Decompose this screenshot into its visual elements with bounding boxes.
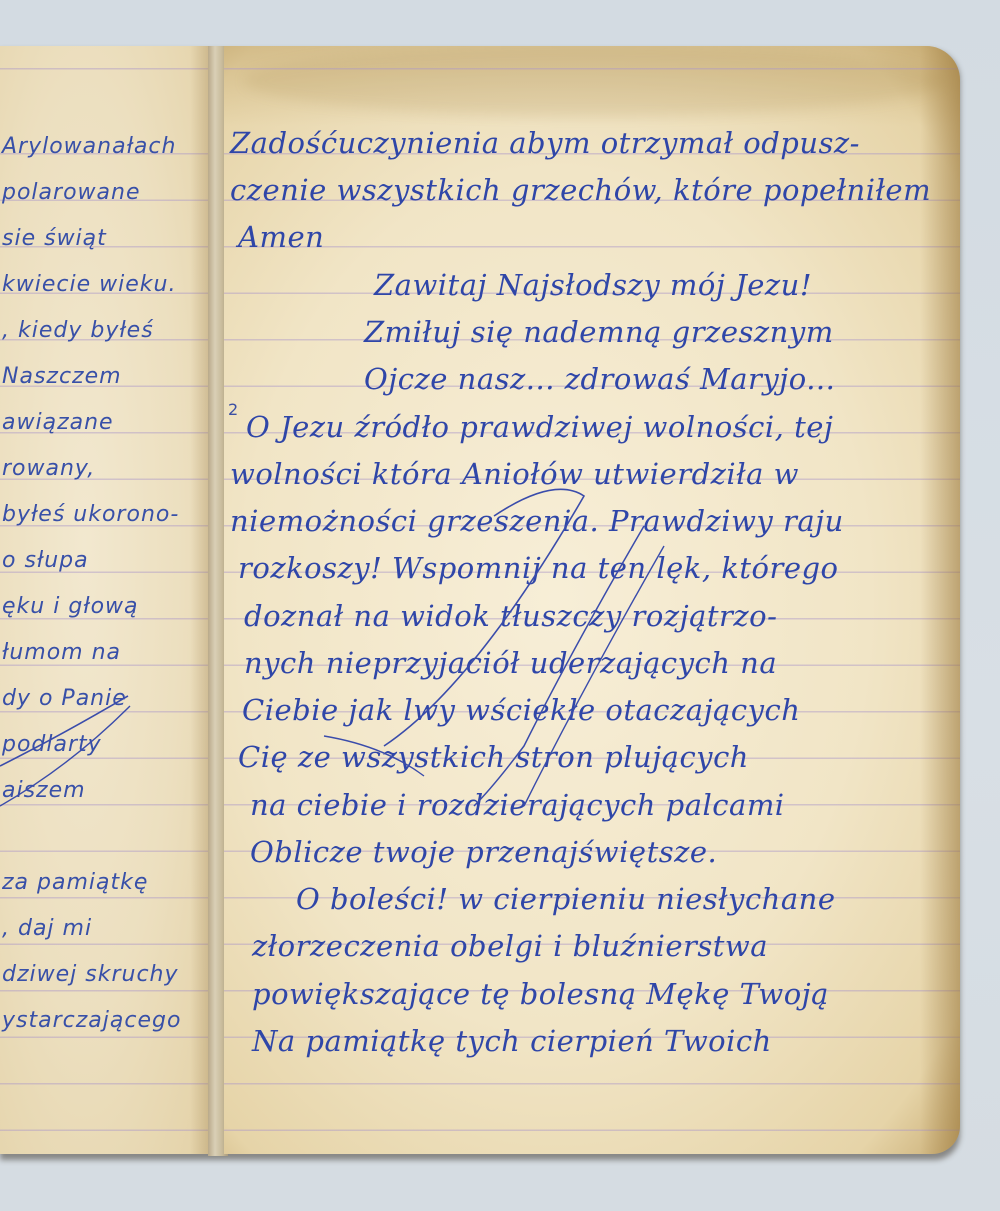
- right-line: Na pamiątkę tych cierpień Twoich: [252, 1024, 772, 1058]
- left-line: awiązane: [2, 410, 114, 435]
- right-line: powiększające tę bolesną Mękę Twoją: [252, 977, 829, 1011]
- left-line: ęku i głową: [2, 594, 139, 619]
- right-page: Zadośćuczynienia abym otrzymał odpusz- c…: [224, 46, 960, 1154]
- right-line: wolności która Aniołów utwierdziła w: [230, 457, 799, 491]
- left-line: byłeś ukorono-: [2, 502, 179, 527]
- left-line: podlarty: [2, 732, 102, 757]
- right-line: Oblicze twoje przenajświętsze.: [250, 835, 717, 869]
- right-line: doznał na widok tłuszczy rozjątrzo-: [244, 599, 777, 633]
- left-line: łumom na: [2, 640, 121, 665]
- left-line: o słupa: [2, 548, 89, 573]
- left-line: Naszczem: [2, 364, 122, 389]
- left-line: rowany,: [2, 456, 95, 481]
- left-line: aiszem: [2, 778, 86, 803]
- right-line: rozkoszy! Wspomnij na ten lęk, którego: [238, 551, 839, 585]
- left-line: dziwej skruchy: [2, 962, 179, 987]
- right-line: Ojcze nasz... zdrowaś Maryjo...: [364, 362, 835, 396]
- left-line: za pamiątkę: [2, 870, 148, 895]
- right-line: O Jezu źródło prawdziwej wolności, tej: [246, 410, 833, 444]
- left-line: sie świąt: [2, 226, 107, 251]
- left-line: dy o Panie: [2, 686, 127, 711]
- right-line: Cię ze wszystkich stron plujących: [238, 740, 749, 774]
- left-page: Arylowanałach polarowane sie świąt kwiec…: [0, 46, 212, 1154]
- left-line: , daj mi: [2, 916, 92, 941]
- right-line: Zawitaj Najsłodszy mój Jezu!: [374, 268, 812, 302]
- left-line: , kiedy byłeś: [2, 318, 154, 343]
- left-line: kwiecie wieku.: [2, 272, 176, 297]
- right-line: Zmiłuj się nademną grzesznym: [364, 315, 834, 349]
- right-line: na ciebie i rozdzierających palcami: [250, 788, 785, 822]
- right-line: Zadośćuczynienia abym otrzymał odpusz-: [230, 126, 860, 160]
- left-line: ystarczającego: [2, 1008, 181, 1033]
- water-stain: [244, 46, 944, 116]
- left-line: polarowane: [2, 180, 140, 205]
- right-line: Amen: [238, 220, 324, 254]
- right-line: nych nieprzyjaciół uderzających na: [244, 646, 777, 680]
- right-line: czenie wszystkich grzechów, które popełn…: [230, 173, 931, 207]
- page-number: 2: [228, 400, 238, 419]
- right-line: Ciebie jak lwy wściekłe otaczających: [242, 693, 800, 727]
- left-line: Arylowanałach: [2, 134, 176, 159]
- right-line: O boleści! w cierpieniu niesłychane: [296, 882, 836, 916]
- right-line: niemożności grzeszenia. Prawdziwy raju: [230, 504, 844, 538]
- right-line: złorzeczenia obelgi i bluźnierstwa: [252, 929, 768, 963]
